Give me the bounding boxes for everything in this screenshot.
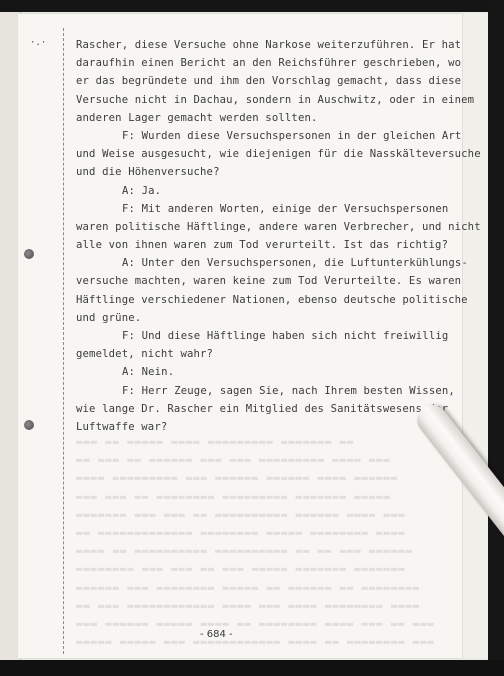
text-line: anderen Lager gemacht werden sollten. xyxy=(76,109,476,127)
text-line: daraufhin einen Bericht an den Reichsfüh… xyxy=(76,54,476,72)
bleed-line: ▬▬ ▬▬▬ ▬▬ ▬▬▬▬▬▬ ▬▬▬ ▬▬▬ ▬▬▬▬▬▬▬▬▬ ▬▬▬▬ … xyxy=(76,451,466,469)
bleed-line: ▬▬▬ ▬▬▬▬▬▬ ▬▬▬▬▬ ▬▬▬▬ ▬▬ ▬▬▬▬▬▬▬▬ ▬▬▬▬ ▬… xyxy=(76,615,466,633)
text-line: Häftlinge verschiedener Nationen, ebenso… xyxy=(76,291,476,309)
text-line: er das begründete und ihm den Vorschlag … xyxy=(76,72,476,90)
scan-background-bottom xyxy=(0,660,504,676)
question-line: F: Herr Zeuge, sagen Sie, nach Ihrem bes… xyxy=(76,382,476,400)
question-line: F: Und diese Häftlinge haben sich nicht … xyxy=(76,327,476,345)
scan-background-top xyxy=(0,0,504,12)
bleed-line: ▬▬ ▬▬▬▬▬▬▬▬▬▬▬▬▬ ▬▬▬▬▬▬▬▬ ▬▬▬▬▬ ▬▬▬▬▬▬▬▬… xyxy=(76,524,466,542)
text-line: Rascher, diese Versuche ohne Narkose wei… xyxy=(76,36,476,54)
bleed-line: ▬▬▬▬▬▬▬ ▬▬▬ ▬▬▬ ▬▬ ▬▬▬▬▬▬▬▬▬▬ ▬▬▬▬▬▬ ▬▬▬… xyxy=(76,506,466,524)
question-line: F: Mit anderen Worten, einige der Versuc… xyxy=(76,200,476,218)
text-line: waren politische Häftlinge, andere waren… xyxy=(76,218,476,236)
bleed-line: ▬▬▬▬ ▬▬ ▬▬▬▬▬▬▬▬▬▬ ▬▬▬▬▬▬▬▬▬▬ ▬▬ ▬▬ ▬▬▬ … xyxy=(76,542,466,560)
bleed-line: ▬▬▬▬ ▬▬▬▬▬▬▬▬▬ ▬▬▬ ▬▬▬▬▬▬ ▬▬▬▬▬▬ ▬▬▬▬ ▬▬… xyxy=(76,469,466,487)
text-line: gemeldet, nicht wahr? xyxy=(76,345,476,363)
bleed-line: ▬▬▬▬▬▬▬▬ ▬▬▬ ▬▬▬ ▬▬ ▬▬▬ ▬▬▬▬▬ ▬▬▬▬▬▬▬ ▬▬… xyxy=(76,560,466,578)
bleed-line: ▬▬▬▬▬ ▬▬▬▬▬ ▬▬▬ ▬▬▬▬▬▬▬▬▬▬▬▬ ▬▬▬▬ ▬▬ ▬▬▬… xyxy=(76,633,466,651)
answer-line: A: Ja. xyxy=(76,182,476,200)
bleed-line: ▬▬▬ ▬▬▬ ▬▬ ▬▬▬▬▬▬▬▬ ▬▬▬▬▬▬▬▬▬ ▬▬▬▬▬▬▬ ▬▬… xyxy=(76,488,466,506)
bleed-through-text: ▬▬▬ ▬▬ ▬▬▬▬▬ ▬▬▬▬ ▬▬▬▬▬▬▬▬▬ ▬▬▬▬▬▬▬ ▬▬ ▬… xyxy=(76,433,466,651)
punch-hole-top xyxy=(24,249,34,259)
answer-line: A: Unter den Versuchspersonen, die Luftu… xyxy=(76,254,476,272)
bleed-line: ▬▬▬▬▬▬ ▬▬▬ ▬▬▬▬▬▬▬▬ ▬▬▬▬▬ ▬▬ ▬▬▬▬▬▬ ▬▬ ▬… xyxy=(76,579,466,597)
question-line: F: Wurden diese Versuchspersonen in der … xyxy=(76,127,476,145)
text-line: versuche machten, waren keine zum Tod Ve… xyxy=(76,272,476,290)
margin-rule xyxy=(63,28,64,654)
scan-background-right xyxy=(488,0,504,676)
bleed-line: ▬▬ ▬▬▬ ▬▬▬▬▬▬▬▬▬▬▬▬ ▬▬▬▬ ▬▬▬ ▬▬▬▬ ▬▬▬▬▬▬… xyxy=(76,597,466,615)
transcript-text: Rascher, diese Versuche ohne Narkose wei… xyxy=(76,36,476,436)
page-number: - 684 - xyxy=(200,629,233,640)
punch-hole-bottom xyxy=(24,420,34,430)
text-line: und die Höhenversuche? xyxy=(76,163,476,181)
text-line: und Weise ausgesucht, wie diejenigen für… xyxy=(76,145,476,163)
bleed-line: ▬▬▬ ▬▬ ▬▬▬▬▬ ▬▬▬▬ ▬▬▬▬▬▬▬▬▬ ▬▬▬▬▬▬▬ ▬▬ xyxy=(76,433,466,451)
margin-marks: ·.· xyxy=(30,38,46,48)
text-line: wie lange Dr. Rascher ein Mitglied des S… xyxy=(76,400,476,418)
answer-line: A: Nein. xyxy=(76,363,476,381)
text-line: Versuche nicht in Dachau, sondern in Aus… xyxy=(76,91,476,109)
text-line: und grüne. xyxy=(76,309,476,327)
text-line: alle von ihnen waren zum Tod verurteilt.… xyxy=(76,236,476,254)
